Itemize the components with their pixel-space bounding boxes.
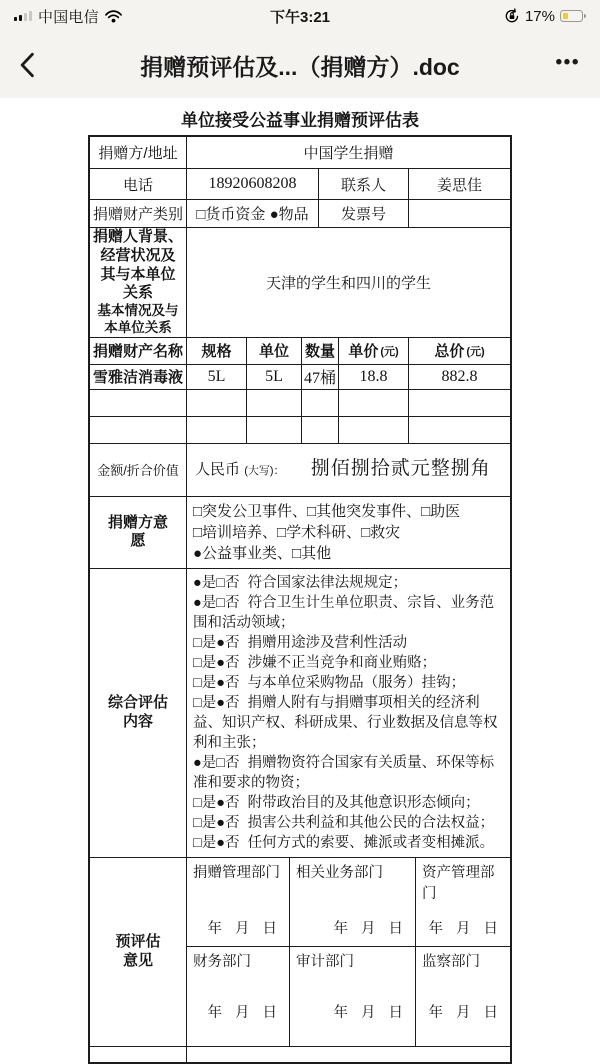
category-value: □货币资金 ●物品 [186, 200, 318, 227]
more-button[interactable]: ••• [556, 53, 580, 78]
document-title: 捐赠预评估及...（捐赠方）.doc [140, 49, 459, 82]
table-row: 捐赠人背景、 经营状况及 其与本单位 关系 基本情况及与 本单位关系 天津的学生… [90, 227, 510, 337]
carrier-label: 中国电信 [38, 6, 99, 27]
status-left: 中国电信 [14, 6, 122, 27]
evaluation-item: □是●否 捐赠用途涉及营利性活动 [193, 633, 407, 653]
col-header-spec: 规格 [186, 338, 246, 364]
evaluation-row: 综合评估 内容 ●是□否 符合国家法律法规规定； ●是□否 符合卫生计生单位职责… [90, 568, 510, 857]
col-header-name: 捐赠财产名称 [90, 338, 186, 364]
back-button[interactable] [20, 52, 34, 78]
table-row: 电话 18920608208 联系人 姜思佳 [90, 168, 510, 199]
col-header-qty: 数量 [301, 338, 338, 364]
battery-percent-label: 17% [525, 8, 555, 25]
evaluation-item: □是●否 涉嫌不正当竞争和商业贿赂； [193, 653, 436, 673]
asset-total: 882.8 [408, 365, 510, 389]
battery-icon [560, 10, 586, 22]
chevron-left-icon [20, 52, 34, 78]
table-row-cutoff [90, 1046, 510, 1062]
opinion-grid: 捐赠管理部门 年 月 日 相关业务部门 年 月 日 资产管理部门 年 月 日 财… [186, 858, 510, 1046]
intent-option-line: ●公益事业类、□其他 [193, 543, 331, 564]
uppercase-note: (大写)： [244, 465, 284, 477]
dept-cell: 捐赠管理部门 年 月 日 [187, 858, 289, 946]
wifi-icon [105, 10, 122, 23]
status-bar: 中国电信 下午3:21 17% [0, 0, 600, 32]
status-right: 17% [504, 8, 586, 25]
intent-option-line: □突发公卫事件、□其他突发事件、□助医 [193, 501, 460, 522]
intent-options: □突发公卫事件、□其他突发事件、□助医 □培训培养、□学术科研、□救灾 ●公益事… [186, 497, 510, 568]
asset-row-empty [90, 389, 510, 416]
nav-bar: 捐赠预评估及...（捐赠方）.doc ••• [0, 32, 600, 98]
dept-cell: 资产管理部门 年 月 日 [415, 858, 510, 946]
rotation-lock-icon [504, 8, 520, 24]
evaluation-item: ●是□否 符合国家法律法规规定； [193, 573, 407, 593]
asset-price: 18.8 [338, 365, 408, 389]
intent-row: 捐赠方意 愿 □突发公卫事件、□其他突发事件、□助医 □培训培养、□学术科研、□… [90, 496, 510, 568]
asset-qty: 47桶 [301, 365, 338, 389]
donor-value: 中国学生捐赠 [186, 137, 510, 168]
evaluation-item: □是●否 捐赠人附有与捐赠事项相关的经济利益、知识产权、科研成果、行业数据及信息… [193, 693, 504, 753]
amount-row: 金额/折合价值 人民币 (大写)： 捌佰捌拾贰元整捌角 [90, 443, 510, 496]
opinion-grid-row: 捐赠管理部门 年 月 日 相关业务部门 年 月 日 资产管理部门 年 月 日 [187, 858, 510, 946]
col-header-total: 总价 (元) [408, 338, 510, 364]
cellular-signal-icon [14, 11, 32, 21]
background-value: 天津的学生和四川的学生 [186, 228, 510, 337]
dept-cell: 监察部门 年 月 日 [415, 947, 510, 1046]
asset-row: 雪雅洁消毒液 5L 5L 47桶 18.8 882.8 [90, 364, 510, 389]
evaluation-item: ●是□否 捐赠物资符合国家有关质量、环保等标准和要求的物资； [193, 753, 504, 793]
amount-value-cell: 人民币 (大写)： 捌佰捌拾贰元整捌角 [186, 444, 510, 496]
contact-value: 姜思佳 [408, 169, 510, 199]
col-header-price: 单价 (元) [338, 338, 408, 364]
form-title: 单位接受公益事业捐赠预评估表 [0, 106, 600, 131]
asset-spec: 5L [186, 365, 246, 389]
invoice-value [408, 200, 510, 227]
assets-header-row: 捐赠财产名称 规格 单位 数量 单价 (元) 总价 (元) [90, 337, 510, 364]
opinion-label: 预评估 意见 [90, 858, 186, 1046]
clock-label: 下午3:21 [270, 6, 330, 27]
dept-cell: 财务部门 年 月 日 [187, 947, 289, 1046]
phone-label: 电话 [90, 169, 186, 199]
evaluation-items: ●是□否 符合国家法律法规规定； ●是□否 符合卫生计生单位职责、宗旨、业务范围… [186, 569, 510, 857]
evaluation-item: □是●否 损害公共利益和其他公民的合法权益； [193, 813, 494, 833]
category-label: 捐赠财产类别 [90, 200, 186, 227]
evaluation-item: □是●否 附带政治目的及其他意识形态倾向； [193, 793, 480, 813]
form-table: 捐赠方/地址 中国学生捐赠 电话 18920608208 联系人 姜思佳 捐赠财… [88, 135, 512, 1064]
donor-label: 捐赠方/地址 [90, 137, 186, 168]
document-viewport[interactable]: 单位接受公益事业捐赠预评估表 捐赠方/地址 中国学生捐赠 电话 18920608… [0, 106, 600, 1064]
amount-in-words: 捌佰捌拾贰元整捌角 [311, 458, 491, 479]
table-row: 捐赠方/地址 中国学生捐赠 [90, 137, 510, 168]
amount-label: 金额/折合价值 [90, 444, 186, 496]
opinion-row: 预评估 意见 捐赠管理部门 年 月 日 相关业务部门 年 月 日 资产管理部门 … [90, 857, 510, 1046]
asset-unit: 5L [246, 365, 301, 389]
intent-label: 捐赠方意 愿 [90, 497, 186, 568]
col-header-unit: 单位 [246, 338, 301, 364]
dept-cell: 审计部门 年 月 日 [289, 947, 415, 1046]
intent-option-line: □培训培养、□学术科研、□救灾 [193, 522, 400, 543]
phone-value: 18920608208 [186, 169, 318, 199]
dept-cell: 相关业务部门 年 月 日 [289, 858, 415, 946]
currency-label: 人民币 [195, 461, 240, 478]
background-label: 捐赠人背景、 经营状况及 其与本单位 关系 基本情况及与 本单位关系 [90, 228, 186, 337]
asset-name: 雪雅洁消毒液 [90, 365, 186, 389]
asset-row-empty [90, 416, 510, 443]
evaluation-item: □是●否 与本单位采购物品（服务）挂钩； [193, 673, 465, 693]
opinion-grid-row: 财务部门 年 月 日 审计部门 年 月 日 监察部门 年 月 日 [187, 946, 510, 1046]
table-row: 捐赠财产类别 □货币资金 ●物品 发票号 [90, 199, 510, 227]
evaluation-label: 综合评估 内容 [90, 569, 186, 857]
evaluation-item: ●是□否 符合卫生计生单位职责、宗旨、业务范围和活动领域； [193, 593, 504, 633]
invoice-label: 发票号 [318, 200, 408, 227]
evaluation-item: □是●否 任何方式的索要、摊派或者变相摊派。 [193, 833, 494, 853]
contact-label: 联系人 [318, 169, 408, 199]
